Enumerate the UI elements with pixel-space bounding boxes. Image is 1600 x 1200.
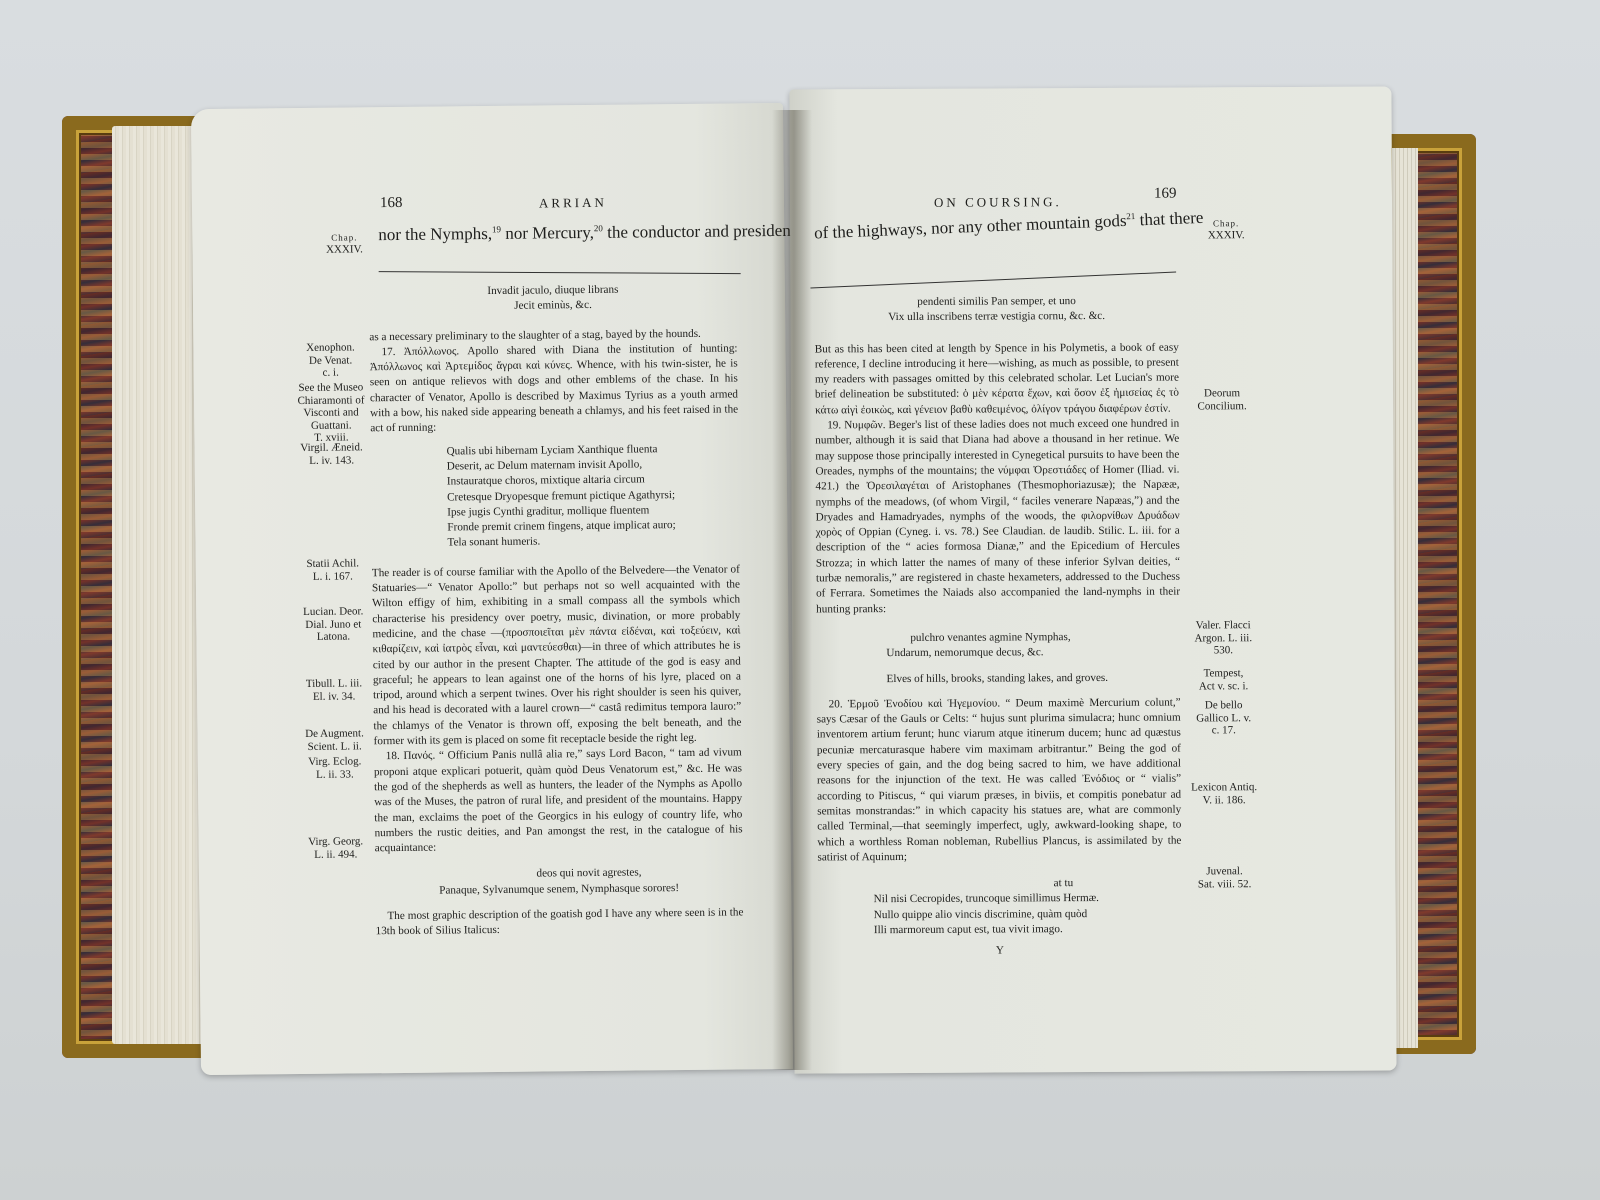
text-rule [379,271,741,274]
verse-georgics: deos qui novit agrestes, Panaque, Sylvan… [375,865,743,899]
margin-note: Lucian. Deor. Dial. Juno et Latona. [294,605,372,643]
note-18: 18. Πανός. “ Officium Panis nullâ alia r… [374,746,743,857]
note-17: 17. Ἀπόλλωνος. Apollo shared with Diana … [369,341,738,437]
margin-note: De Augment. Scient. L. ii. [295,727,373,753]
running-head: ON COURSING. [934,194,1062,211]
verse-virgil: Qualis ubi hibernam Lyciam Xanthique flu… [370,441,739,552]
main-text-line: nor the Nymphs,19 nor Mercury,20 the con… [378,221,795,245]
chapter-marker: Chap. XXXIV. [1196,217,1256,241]
quote-top: Invadit jaculo, diuque librans Jecit emi… [369,281,737,315]
footnotes-left: Invadit jaculo, diuque librans Jecit emi… [369,281,744,939]
right-page: ON COURSING. 169 of the highways, nor an… [789,86,1396,1073]
chapter-marker: Chap. XXXIV. [316,231,372,256]
page-number: 168 [380,195,403,212]
margin-note: Statii Achil. L. i. 167. [294,557,372,583]
page-edges-right [1392,148,1418,1048]
margin-note: Valer. Flacci Argon. L. iii. 530. [1184,619,1262,657]
quote-top: pendenti similis Pan semper, et uno Vix … [815,294,1179,326]
margin-note: De bello Gallico L. v. c. 17. [1185,699,1263,737]
signature-mark: Y [818,943,1182,960]
left-page: 168 ARRIAN Chap. XXXIV. nor the Nymphs,1… [191,103,793,1075]
main-text-line: of the highways, nor any other mountain … [814,208,1204,244]
verse-juvenal: at tu Nil nisi Cecropides, truncoque sim… [818,876,1182,939]
margin-note: Xenophon. De Venat. c. i. [291,341,369,379]
note-text: The most graphic description of the goat… [375,905,743,939]
margin-note: Lexicon Antiq. V. ii. 186. [1185,781,1263,806]
note-19: 19. Νυμφῶν. Beger's list of these ladies… [815,417,1180,618]
page-number: 169 [1154,186,1177,203]
margin-note: Virgil. Æneid. L. iv. 143. [292,441,370,467]
text-rule [810,272,1176,289]
margin-notes-left: Xenophon. De Venat. c. i. See the Museo … [289,107,379,108]
note-20: 20. Ἑρμοῦ Ἐνοδίου καὶ Ἡγεμονίου. “ Deum … [817,695,1182,865]
footnotes-right: pendenti similis Pan semper, et uno Vix … [815,294,1182,960]
note-text: But as this has been cited at length by … [815,340,1179,418]
margin-note: Virg. Georg. L. ii. 494. [297,835,375,861]
margin-note: Tibull. L. iii. El. iv. 34. [295,677,373,703]
verse-valerius: pulchro venantes agmine Nymphas, Undarum… [816,629,1180,661]
note-text: The reader is of course familiar with th… [372,562,742,749]
running-head: ARRIAN [539,195,607,212]
margin-note: Virg. Eclog. L. ii. 33. [296,755,374,781]
margin-note: Tempest, Act v. sc. i. [1184,667,1262,692]
margin-note: See the Museo Chiaramonti of Visconti an… [292,381,371,444]
margin-note: Juvenal. Sat. viii. 52. [1185,865,1263,890]
margin-note: Deorum Concilium. [1183,387,1261,412]
